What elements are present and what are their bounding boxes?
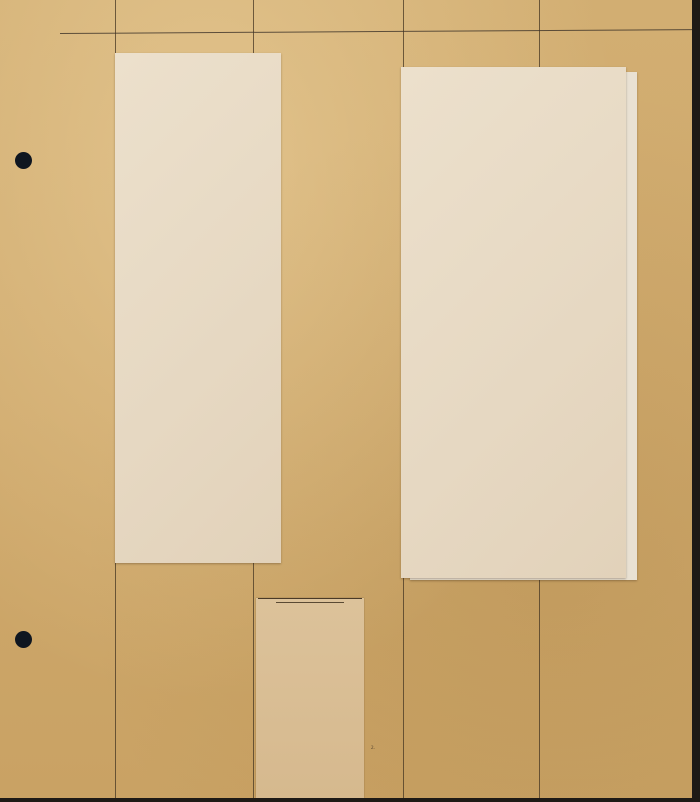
binder-hole bbox=[15, 631, 32, 648]
right-pasted-card bbox=[401, 67, 626, 578]
left-pasted-card bbox=[115, 53, 281, 563]
pencil-mark: 2. bbox=[371, 746, 375, 751]
left-card-mirrored-text bbox=[112, 560, 148, 579]
obituary-clipping bbox=[256, 598, 364, 798]
binder-hole bbox=[15, 152, 32, 169]
header-rule bbox=[60, 29, 692, 34]
scrapbook-page: 2. bbox=[0, 0, 692, 798]
page-edge-shadow bbox=[692, 0, 700, 802]
page-edge-shadow bbox=[0, 798, 700, 802]
